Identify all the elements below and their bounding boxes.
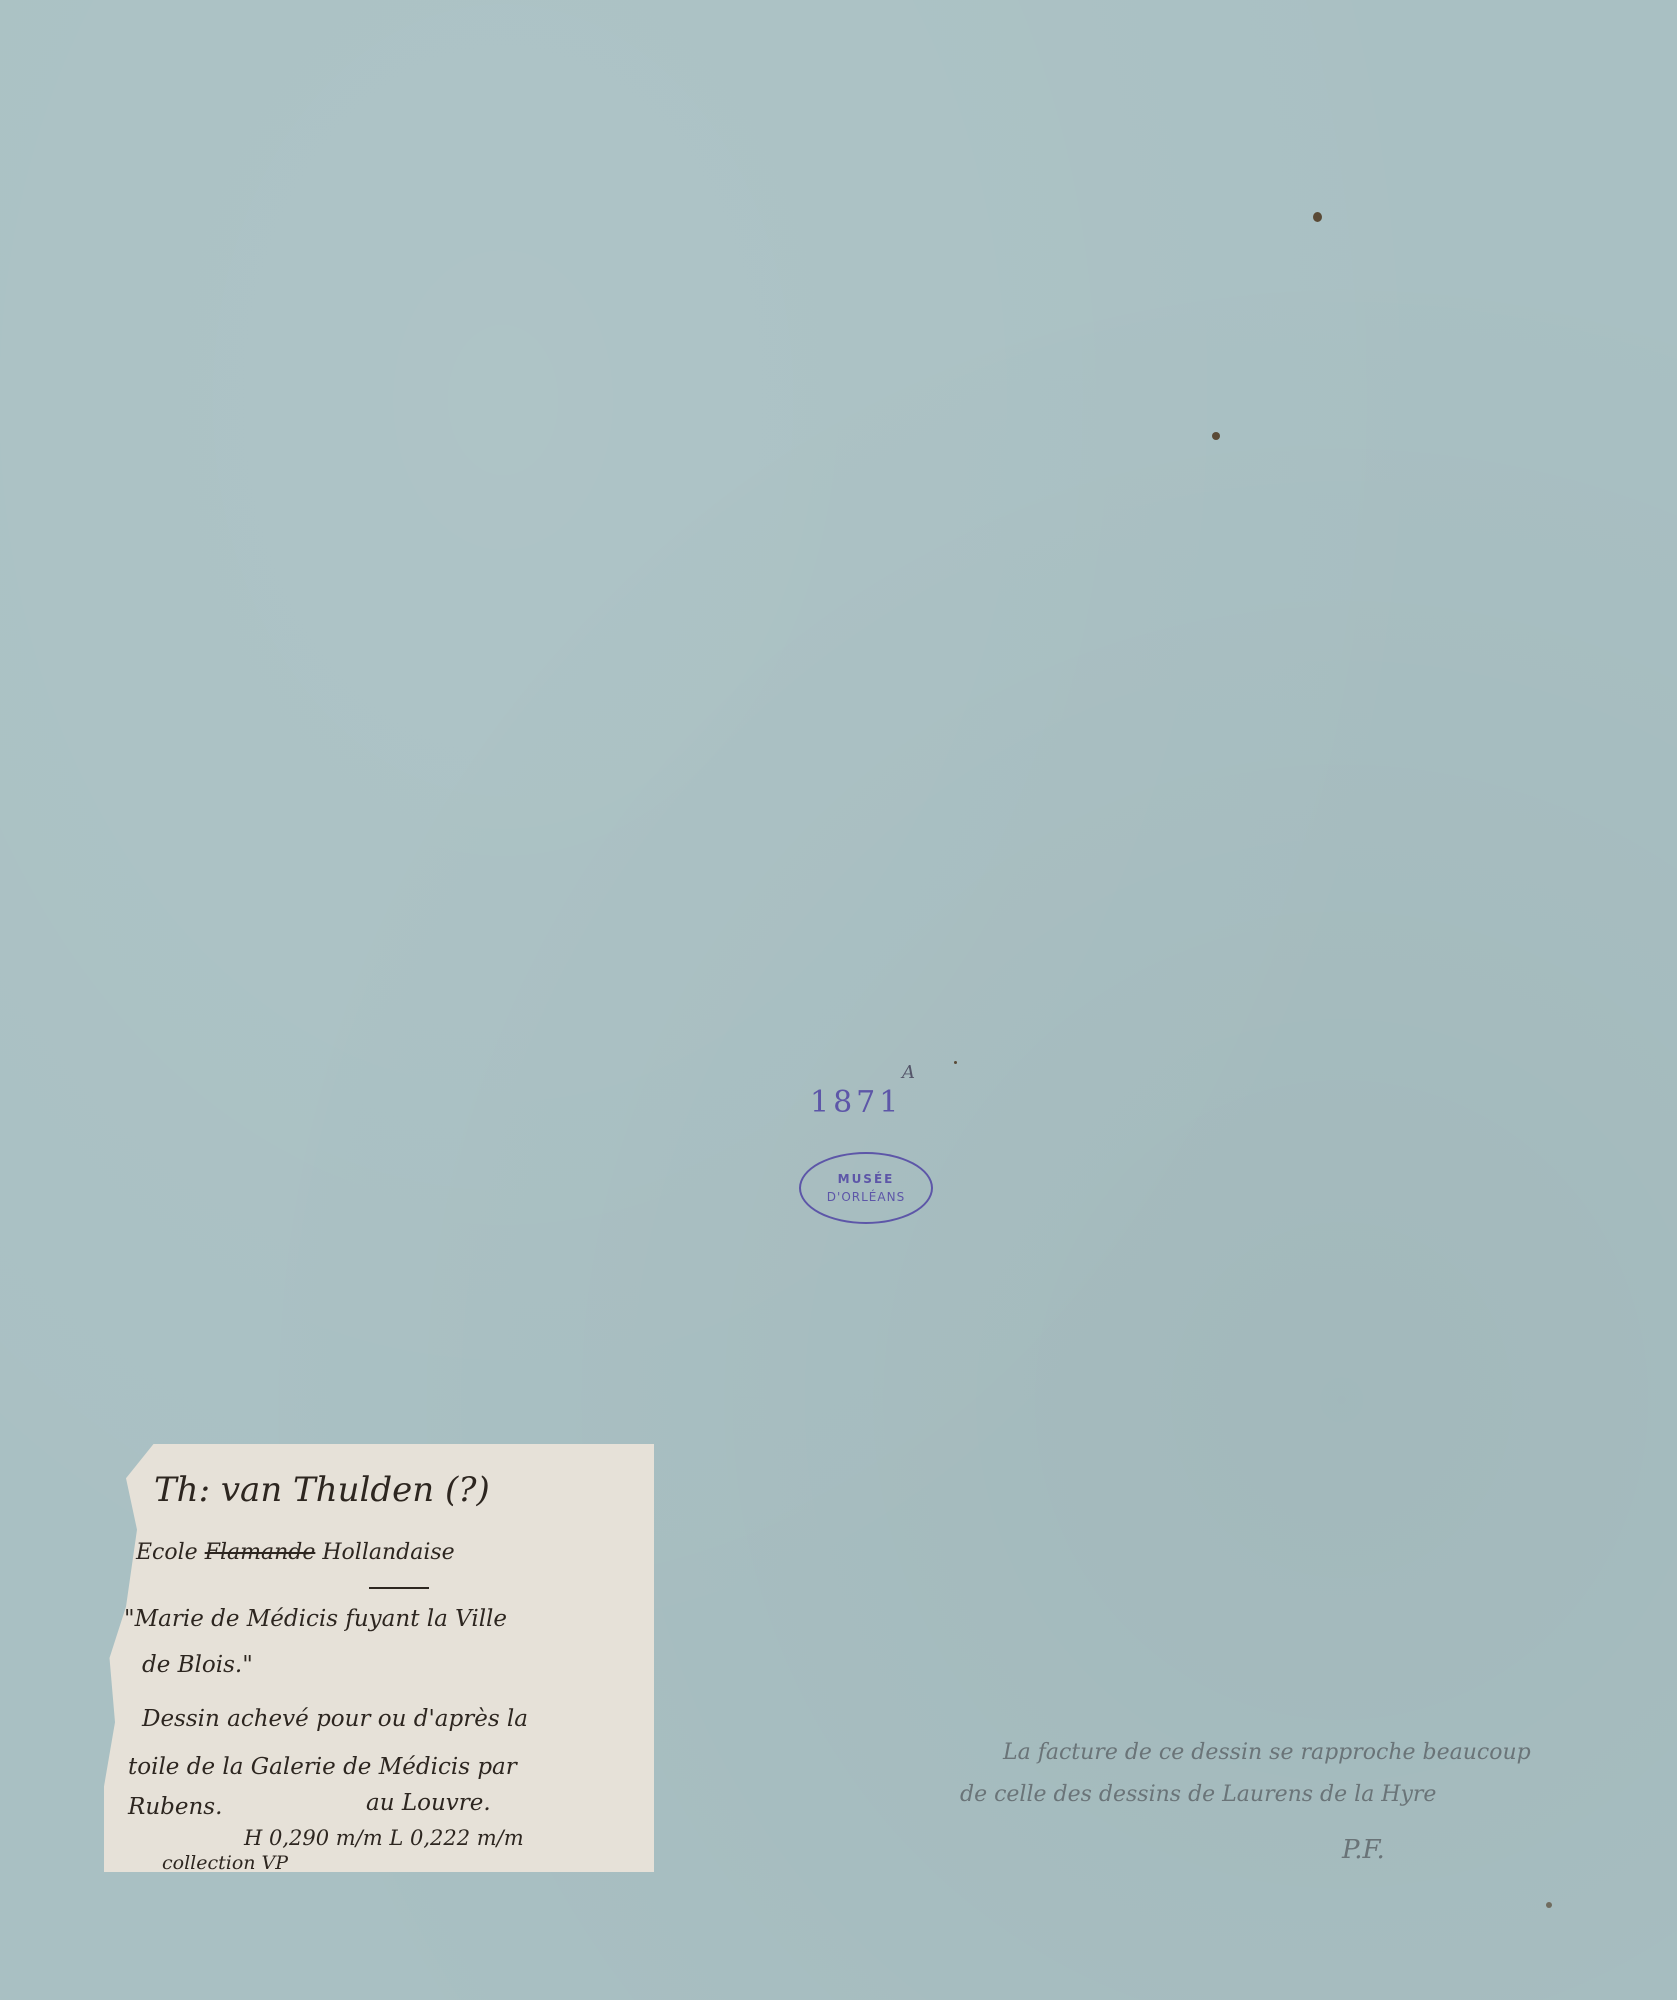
school-prefix: Ecole bbox=[136, 1540, 198, 1565]
label-school: Ecole Flamande Hollandaise bbox=[136, 1540, 455, 1565]
foxing-spot bbox=[1212, 432, 1220, 440]
museum-stamp: MUSÉE D'ORLÉANS bbox=[799, 1152, 933, 1224]
label-desc-3b: au Louvre. bbox=[366, 1790, 491, 1816]
label-desc-3a: Rubens. bbox=[128, 1794, 222, 1820]
pencil-note-initials: P.F. bbox=[1342, 1835, 1385, 1865]
school-name: Hollandaise bbox=[322, 1540, 454, 1565]
foxing-spot bbox=[1546, 1902, 1552, 1908]
attribution-label: Th: van Thulden (?) Ecole Flamande Holla… bbox=[104, 1444, 654, 1872]
foxing-spot bbox=[1313, 212, 1322, 222]
stamp-line-1: MUSÉE bbox=[838, 1170, 895, 1188]
label-desc-1: Dessin achevé pour ou d'après la bbox=[142, 1706, 528, 1732]
stamp-line-2: D'ORLÉANS bbox=[827, 1188, 905, 1206]
label-divider bbox=[369, 1587, 429, 1589]
foxing-spot bbox=[954, 1061, 957, 1064]
pencil-note-line-2: de celle des dessins de Laurens de la Hy… bbox=[960, 1782, 1436, 1807]
label-title-2: de Blois." bbox=[142, 1652, 253, 1678]
mount-sheet: 1871 A MUSÉE D'ORLÉANS Th: van Thulden (… bbox=[0, 0, 1677, 2000]
inventory-suffix: A bbox=[902, 1062, 915, 1083]
label-desc-2: toile de la Galerie de Médicis par bbox=[128, 1754, 517, 1780]
inventory-number: 1871 bbox=[810, 1085, 902, 1120]
label-dimensions: H 0,290 m/m L 0,222 m/m bbox=[244, 1826, 524, 1850]
label-collection: collection VP bbox=[162, 1852, 288, 1874]
pencil-note-line-1: La facture de ce dessin se rapproche bea… bbox=[1003, 1740, 1531, 1765]
label-artist: Th: van Thulden (?) bbox=[154, 1470, 490, 1510]
label-title-1: "Marie de Médicis fuyant la Ville bbox=[124, 1606, 507, 1632]
school-struck: Flamande bbox=[205, 1540, 316, 1565]
